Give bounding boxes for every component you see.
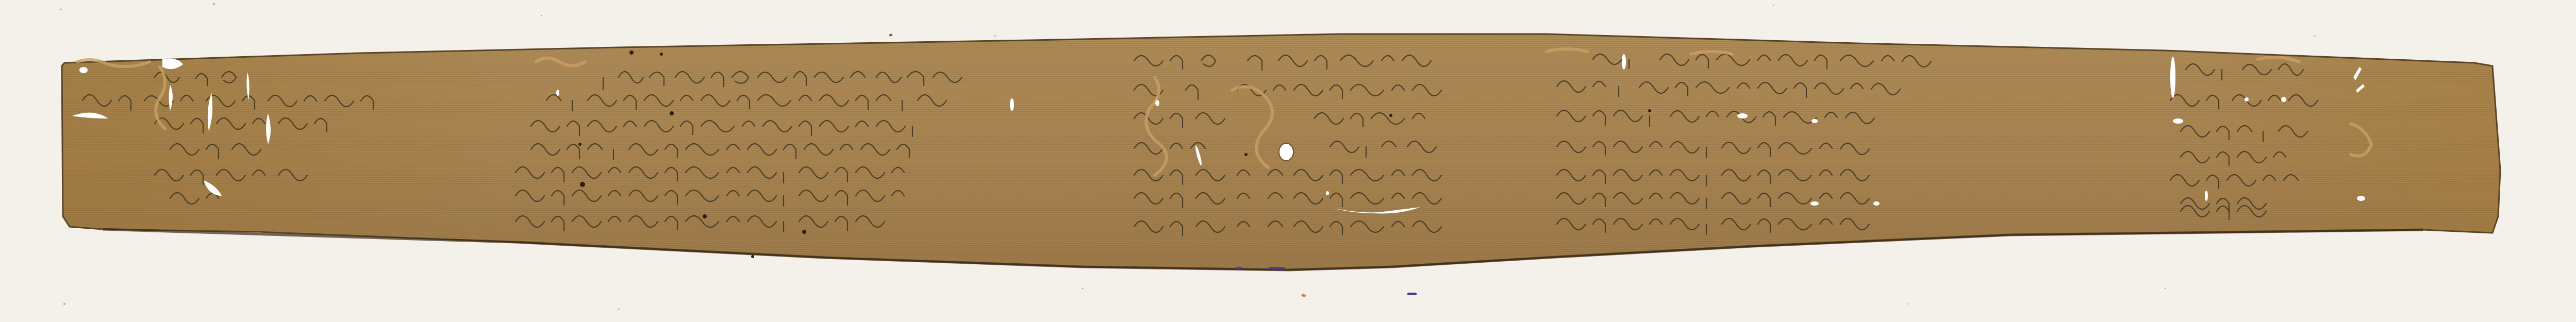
manuscript-scan: palm-leaf manuscript folio Odia xyxy=(0,0,2576,322)
string-hole xyxy=(1279,143,1293,161)
blue-marks xyxy=(1236,267,1417,295)
palm-leaf-graphic xyxy=(0,0,2576,322)
